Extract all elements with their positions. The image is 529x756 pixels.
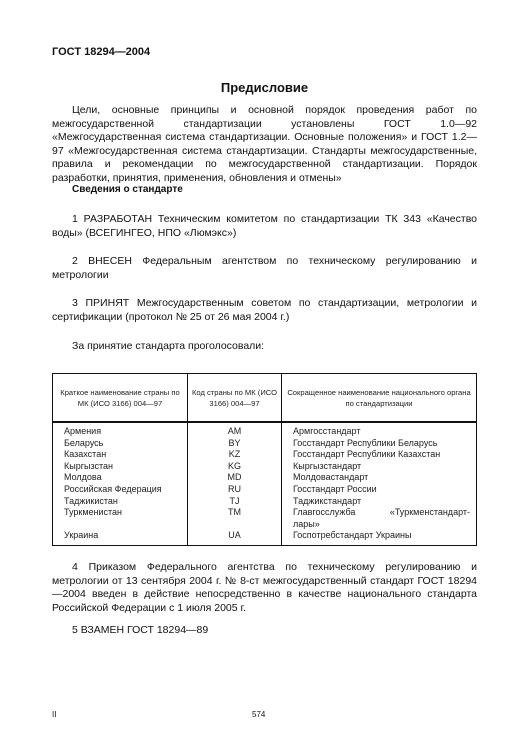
org-cell: Госстандарт Республики Казахстан: [282, 449, 476, 461]
org-cell: Госстандарт России: [282, 484, 476, 496]
org-cell-continuation: лары»: [282, 519, 476, 531]
code-cell: BY: [188, 438, 281, 450]
country-cell: Беларусь: [53, 438, 187, 450]
org-cell: Армгосстандарт: [282, 426, 476, 438]
org-cell: Таджикстандарт: [282, 496, 476, 508]
document-id: ГОСТ 18294—2004: [52, 46, 150, 58]
country-cell: Молдова: [53, 472, 187, 484]
code-cell: UA: [188, 530, 281, 542]
item-developed: 1 РАЗРАБОТАН Техническим комитетом по ст…: [52, 213, 477, 240]
page-title: Предисловие: [0, 80, 529, 95]
country-cell: Казахстан: [53, 449, 187, 461]
page-number: 574: [252, 710, 265, 719]
country-cell: Украина: [53, 530, 187, 542]
voting-countries-table: Краткое наименование страны по МК (ИСО 3…: [52, 373, 477, 546]
vote-caption: За принятие стандарта проголосовали:: [52, 340, 477, 354]
roman-page-number: II: [52, 710, 56, 719]
org-cell: Госпотребстандарт Украины: [282, 530, 476, 542]
header-org: Сокращенное наименование национального о…: [282, 374, 477, 423]
header-country: Краткое наименование страны по МК (ИСО 3…: [53, 374, 188, 423]
section-heading: Сведения о стандарте: [72, 184, 183, 195]
code-cell: RU: [188, 484, 281, 496]
code-cell: AM: [188, 426, 281, 438]
country-cell: Российская Федерация: [53, 484, 187, 496]
org-cell: Молдовастандарт: [282, 472, 476, 484]
code-cell: TJ: [188, 496, 281, 508]
code-cell: KG: [188, 461, 281, 473]
code-cell: TM: [188, 507, 281, 519]
org-cell: Кыргызстандарт: [282, 461, 476, 473]
header-code: Код страны по МК (ИСО 3166) 004—97: [188, 374, 282, 423]
country-cell: Армения: [53, 426, 187, 438]
code-cell: KZ: [188, 449, 281, 461]
item-replaces: 5 ВЗАМЕН ГОСТ 18294—89: [52, 624, 477, 638]
country-cell: Таджикистан: [53, 496, 187, 508]
org-cell: Госстандарт Республики Беларусь: [282, 438, 476, 450]
item-introduced: 2 ВНЕСЕН Федеральным агентством по техни…: [52, 255, 477, 282]
code-cell: MD: [188, 472, 281, 484]
item-enacted: 4 Приказом Федерального агентства по тех…: [52, 561, 477, 615]
country-cell: Кыргызстан: [53, 461, 187, 473]
org-cell: Главгосслужба «Туркменстандарт-: [282, 507, 476, 519]
table-header-row: Краткое наименование страны по МК (ИСО 3…: [53, 374, 477, 423]
intro-paragraph: Цели, основные принципы и основной поряд…: [52, 104, 477, 186]
country-cell: Туркменистан: [53, 507, 187, 519]
item-adopted: 3 ПРИНЯТ Межгосударственным советом по с…: [52, 297, 477, 324]
